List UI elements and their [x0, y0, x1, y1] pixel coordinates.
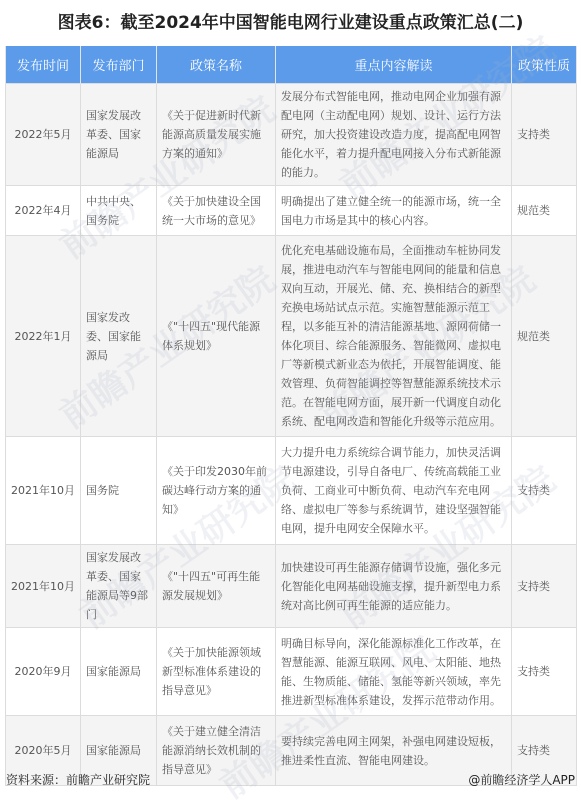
cell-content: 优化充电基础设施布局，全面推动车桩协同发展，推进电动汽车与智能电网间的能量和信息… — [276, 236, 512, 437]
cell-policy: 《关于建立健全清洁能源消纳长效机制的指导意见》 — [157, 716, 276, 786]
cell-date: 2022年5月 — [6, 84, 81, 186]
cell-date: 2021年10月 — [6, 437, 81, 545]
cell-department: 国家能源局 — [81, 628, 157, 716]
cell-nature: 支持类 — [512, 545, 577, 628]
table-row: 2021年10月 国家发展改革委、国家能源局等9部门 《"十四五"可再生能源发展… — [6, 545, 577, 628]
cell-date: 2020年9月 — [6, 628, 81, 716]
cell-content: 大力提升电力系统综合调节能力，加快灵活调节电源建设，引导自备电厂、传统高载能工业… — [276, 437, 512, 545]
cell-content: 明确目标导向，深化能源标准化工作改革，在智慧能源、能源互联网、风电、太阳能、地热… — [276, 628, 512, 716]
cell-department: 国家发展改革委、国家能源局 — [81, 84, 157, 186]
cell-department: 国务院 — [81, 437, 157, 545]
cell-policy: 《关于促进新时代新能源高质量发展实施方案的通知》 — [157, 84, 276, 186]
cell-nature: 规范类 — [512, 236, 577, 437]
table-row: 2022年5月 国家发展改革委、国家能源局 《关于促进新时代新能源高质量发展实施… — [6, 84, 577, 186]
header-nature: 政策性质 — [512, 46, 577, 84]
chart-title: 图表6：截至2024年中国智能电网行业建设重点政策汇总(二) — [0, 8, 581, 33]
cell-policy: 《关于加快能源领域新型标准体系建设的指导意见》 — [157, 628, 276, 716]
table-row: 2022年4月 中共中央、国务院 《关于加快建设全国统一大市场的意见》 明确提出… — [6, 186, 577, 236]
cell-nature: 规范类 — [512, 186, 577, 236]
table-row: 2021年10月 国务院 《关于印发2030年前碳达峰行动方案的通知》 大力提升… — [6, 437, 577, 545]
header-department: 发布部门 — [81, 46, 157, 84]
cell-department: 国家发改委、国家能源局 — [81, 236, 157, 437]
source-note: 资料来源：前瞻产业研究院 — [6, 771, 150, 788]
cell-policy: 《关于加快建设全国统一大市场的意见》 — [157, 186, 276, 236]
cell-content: 发展分布式智能电网，推动电网企业加强有源配电网（主动配电网）规划、设计、运行方法… — [276, 84, 512, 186]
table-row: 2020年9月 国家能源局 《关于加快能源领域新型标准体系建设的指导意见》 明确… — [6, 628, 577, 716]
cell-policy: 《关于印发2030年前碳达峰行动方案的通知》 — [157, 437, 276, 545]
header-policy-name: 政策名称 — [157, 46, 276, 84]
cell-policy: 《"十四五"可再生能源发展规划》 — [157, 545, 276, 628]
table-header-row: 发布时间 发布部门 政策名称 重点内容解读 政策性质 — [6, 46, 577, 84]
cell-nature: 支持类 — [512, 84, 577, 186]
cell-nature: 支持类 — [512, 628, 577, 716]
cell-nature: 支持类 — [512, 437, 577, 545]
credit-note: @前瞻经济学人APP — [468, 771, 575, 788]
table-row: 2022年1月 国家发改委、国家能源局 《"十四五"现代能源体系规划》 优化充电… — [6, 236, 577, 437]
cell-content: 加快建设可再生能源存储调节设施，强化多元化智能化电网基础设施支撑，提升新型电力系… — [276, 545, 512, 628]
header-content: 重点内容解读 — [276, 46, 512, 84]
cell-date: 2021年10月 — [6, 545, 81, 628]
cell-department: 国家发展改革委、国家能源局等9部门 — [81, 545, 157, 628]
cell-policy: 《"十四五"现代能源体系规划》 — [157, 236, 276, 437]
cell-date: 2022年4月 — [6, 186, 81, 236]
cell-content: 明确提出了建立健全统一的能源市场，统一全国电力市场是其中的核心内容。 — [276, 186, 512, 236]
cell-date: 2022年1月 — [6, 236, 81, 437]
policy-table: 发布时间 发布部门 政策名称 重点内容解读 政策性质 2022年5月 国家发展改… — [5, 46, 577, 786]
header-date: 发布时间 — [6, 46, 81, 84]
cell-department: 中共中央、国务院 — [81, 186, 157, 236]
